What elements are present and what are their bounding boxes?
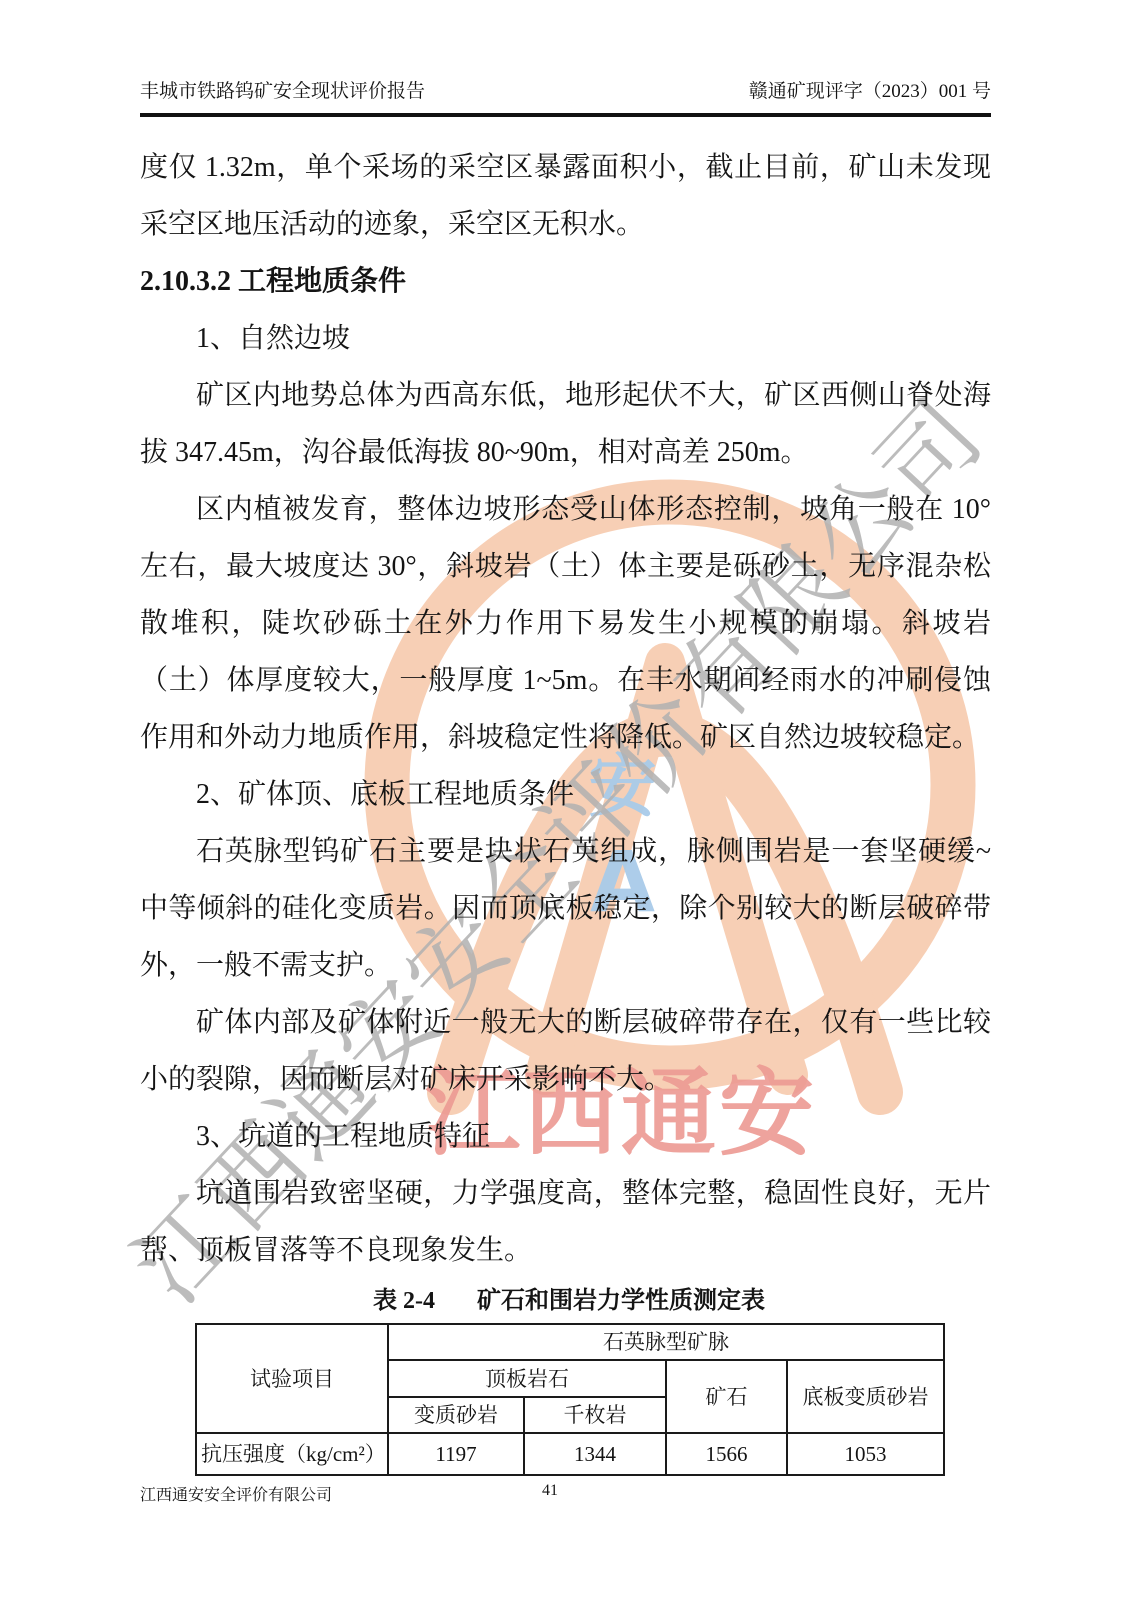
paragraph-vegetation-slope: 区内植被发育，整体边坡形态受山体形态控制，坡角一般在 10° 左右，最大坡度达 … — [140, 481, 991, 766]
page-header: 丰城市铁路钨矿安全现状评价报告 赣通矿现评字（2023）001 号 — [140, 76, 991, 117]
paragraph-tunnel-rock: 坑道围岩致密坚硬，力学强度高，整体完整，稳固性良好，无片帮、顶板冒落等不良现象发… — [140, 1165, 991, 1279]
header-doc-number: 赣通矿现评字（2023）001 号 — [749, 76, 991, 103]
table-data-cell: 1344 — [524, 1433, 666, 1475]
paragraph-goaf: 度仅 1.32m，单个采场的采空区暴露面积小，截止目前，矿山未发现采空区地压活动… — [140, 139, 991, 253]
paragraph-fault-zone: 矿体内部及矿体附近一般无大的断层破碎带存在，仅有一些比较小的裂隙，因而断层对矿床… — [140, 994, 991, 1108]
table-row-label: 抗压强度（kg/cm²） — [196, 1433, 388, 1475]
table-header-cell-group: 石英脉型矿脉 — [388, 1324, 944, 1360]
table-caption-label: 表 2-4 — [373, 1288, 435, 1314]
page-footer: 江西通安安全评价有限公司 41 — [140, 1482, 991, 1505]
table-header-cell-project: 试验项目 — [196, 1324, 388, 1433]
table-header-cell-metasandstone: 变质砂岩 — [388, 1397, 524, 1433]
table-row: 试验项目 石英脉型矿脉 — [196, 1324, 944, 1360]
paragraph-terrain: 矿区内地势总体为西高东低，地形起伏不大，矿区西侧山脊处海拔 347.45m，沟谷… — [140, 367, 991, 481]
section-heading-engineering-geology: 2.10.3.2 工程地质条件 — [140, 253, 991, 310]
list-item-tunnel-geology: 3、坑道的工程地质特征 — [140, 1108, 991, 1165]
footer-company: 江西通安安全评价有限公司 — [140, 1487, 332, 1504]
table-data-cell: 1566 — [666, 1433, 787, 1475]
document-body: 度仅 1.32m，单个采场的采空区暴露面积小，截止目前，矿山未发现采空区地压活动… — [140, 139, 991, 1476]
table-caption-title: 矿石和围岩力学性质测定表 — [477, 1288, 765, 1314]
table-data-cell: 1053 — [787, 1433, 944, 1475]
table-header-cell-roof: 顶板岩石 — [388, 1360, 666, 1397]
page-number: 41 — [542, 1482, 558, 1500]
paragraph-quartz-vein: 石英脉型钨矿石主要是块状石英组成，脉侧围岩是一套坚硬缓~中等倾斜的硅化变质岩。因… — [140, 823, 991, 994]
table-header-cell-floor: 底板变质砂岩 — [787, 1360, 944, 1433]
list-item-natural-slope: 1、自然边坡 — [140, 310, 991, 367]
table-caption: 表 2-4矿石和围岩力学性质测定表 — [195, 1285, 943, 1317]
table-header-cell-ore: 矿石 — [666, 1360, 787, 1433]
mechanical-properties-table: 试验项目 石英脉型矿脉 顶板岩石 矿石 底板变质砂岩 变质砂岩 千枚岩 抗压强度… — [195, 1323, 945, 1476]
table-data-cell: 1197 — [388, 1433, 524, 1475]
header-report-title: 丰城市铁路钨矿安全现状评价报告 — [140, 76, 425, 103]
table-header-cell-phyllite: 千枚岩 — [524, 1397, 666, 1433]
table-row: 抗压强度（kg/cm²） 1197 1344 1566 1053 — [196, 1433, 944, 1475]
report-page: 安 A 江西通安安全评价有限公司 江西通安 丰城市铁路钨矿安全现状评价报告 赣通… — [0, 0, 1131, 1600]
list-item-roof-floor: 2、矿体顶、底板工程地质条件 — [140, 766, 991, 823]
